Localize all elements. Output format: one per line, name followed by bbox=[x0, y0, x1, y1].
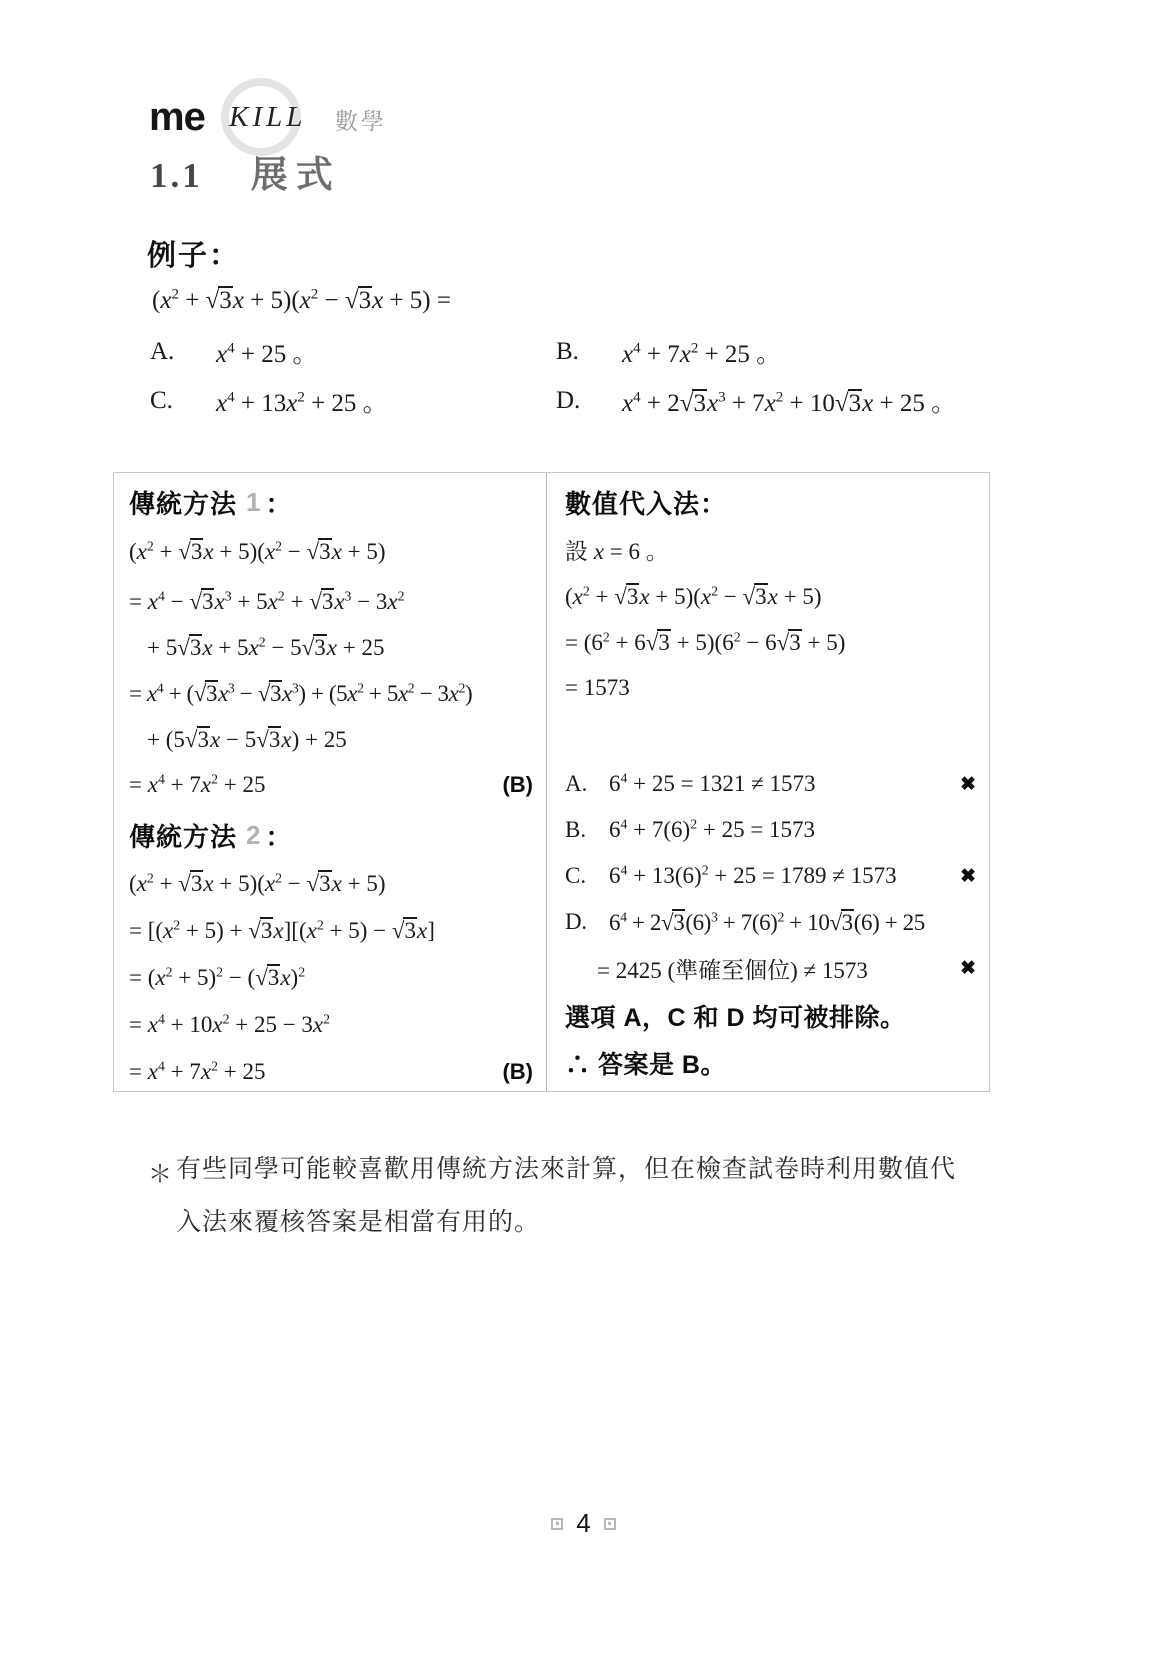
method1-colon: ： bbox=[265, 484, 292, 521]
math-line: + 5√3x + 5x2 − 5√3x + 25 bbox=[129, 626, 533, 668]
page-footer: 4 bbox=[0, 1508, 1167, 1539]
cross-icon: ✖ bbox=[954, 773, 976, 796]
traditional-method-column: 傳統方法 1 ： (x2 + √3x + 5)(x2 − √3x + 5) = … bbox=[114, 473, 546, 1091]
check-option-d: D. 64 + 2√3(6)3 + 7(6)2 + 10√3(6) + 25 bbox=[565, 899, 976, 945]
textbook-page: me KILL 數學 1.1 展式 例子： (x2 + √3x + 5)(x2 … bbox=[0, 0, 1167, 1653]
square-ornament-icon bbox=[551, 1518, 563, 1530]
footnote-text: 有些同學可能較喜歡用傳統方法來計算，但在檢查試卷時利用數值代 入法來覆核答案是相… bbox=[176, 1140, 998, 1246]
check-option-d-result: = 2425 (準確至個位) ≠ 1573 ✖ bbox=[565, 945, 976, 992]
substitution-method-column: 數值代入法： 設 x = 6 。 (x2 + √3x + 5)(x2 − √3x… bbox=[546, 473, 989, 1091]
brand-me-text: me bbox=[149, 95, 205, 140]
option-b-expression: x4 + 7x2 + 25 。 bbox=[622, 334, 1010, 370]
math-line: (x2 + √3x + 5)(x2 − √3x + 5) bbox=[129, 526, 533, 576]
method2-heading: 傳統方法 2 ： bbox=[129, 810, 533, 860]
option-a-label: A. bbox=[150, 338, 216, 366]
option-b-label: B. bbox=[556, 338, 622, 366]
conclusion-line: 選項 A，C 和 D 均可被排除。 bbox=[565, 992, 976, 1039]
option-c-expression: x4 + 13x2 + 25 。 bbox=[216, 383, 556, 419]
page-number: 4 bbox=[576, 1508, 590, 1539]
section-heading: 1.1 展式 bbox=[150, 144, 341, 198]
asterisk-icon: ＊ bbox=[148, 1140, 176, 1246]
math-line: + (5√3x − 5√3x) + 25 bbox=[129, 718, 533, 760]
answer-tag: (B) bbox=[502, 772, 533, 798]
check-option-b: B. 64 + 7(6)2 + 25 = 1573 bbox=[565, 807, 976, 853]
section-title: 展式 bbox=[251, 144, 341, 198]
method1-heading: 傳統方法 1 ： bbox=[129, 478, 533, 526]
math-line: = x4 + (√3x3 − √3x3) + (5x2 + 5x2 − 3x2) bbox=[129, 668, 533, 718]
spacer bbox=[565, 711, 976, 761]
math-line: = [(x2 + 5) + √3x][(x2 + 5) − √3x] bbox=[129, 907, 533, 954]
example-label: 例子： bbox=[147, 233, 240, 274]
answer-tag: (B) bbox=[502, 1059, 533, 1085]
footnote-line: 入法來覆核答案是相當有用的。 bbox=[176, 1193, 998, 1246]
check-option-a: A. 64 + 25 = 1321 ≠ 1573 ✖ bbox=[565, 761, 976, 807]
method1-name: 傳統方法 bbox=[129, 484, 237, 521]
math-line: = (x2 + 5)2 − (√3x)2 bbox=[129, 954, 533, 1001]
math-line: = x4 − √3x3 + 5x2 + √3x3 − 3x2 bbox=[129, 576, 533, 626]
option-c-label: C. bbox=[150, 387, 216, 415]
math-line: = x4 + 10x2 + 25 − 3x2 bbox=[129, 1001, 533, 1048]
footnote-line: 有些同學可能較喜歡用傳統方法來計算，但在檢查試卷時利用數值代 bbox=[176, 1140, 998, 1193]
method1-number: 1 bbox=[246, 487, 260, 518]
method2-name: 傳統方法 bbox=[129, 817, 237, 854]
footnote: ＊ 有些同學可能較喜歡用傳統方法來計算，但在檢查試卷時利用數值代 入法來覆核答案… bbox=[148, 1140, 998, 1246]
math-line-result: = x4 + 7x2 + 25 (B) bbox=[129, 760, 533, 810]
answer-options: A. x4 + 25 。 B. x4 + 7x2 + 25 。 C. x4 + … bbox=[150, 334, 1010, 419]
option-d-label: D. bbox=[556, 387, 622, 415]
math-line: (x2 + √3x + 5)(x2 − √3x + 5) bbox=[565, 573, 976, 619]
brand-subject-label: 數學 bbox=[335, 99, 387, 136]
setup-line: 設 x = 6 。 bbox=[565, 526, 976, 573]
answer-line: ∴ 答案是 B。 bbox=[565, 1039, 976, 1086]
square-ornament-icon bbox=[604, 1518, 616, 1530]
method2-number: 2 bbox=[246, 820, 260, 851]
brand-kill-text: KILL bbox=[229, 101, 306, 134]
math-line: (x2 + √3x + 5)(x2 − √3x + 5) bbox=[129, 860, 533, 907]
cross-icon: ✖ bbox=[954, 865, 976, 888]
substitution-heading: 數值代入法： bbox=[565, 478, 976, 526]
option-d-expression: x4 + 2√3x3 + 7x2 + 10√3x + 25 。 bbox=[622, 383, 1010, 419]
cross-icon: ✖ bbox=[954, 957, 976, 980]
question-expression: (x2 + √3x + 5)(x2 − √3x + 5) = bbox=[152, 286, 451, 315]
math-line: = (62 + 6√3 + 5)(62 − 6√3 + 5) bbox=[565, 619, 976, 665]
check-option-c: C. 64 + 13(6)2 + 25 = 1789 ≠ 1573 ✖ bbox=[565, 853, 976, 899]
method2-colon: ： bbox=[265, 817, 292, 854]
solution-box: 傳統方法 1 ： (x2 + √3x + 5)(x2 − √3x + 5) = … bbox=[113, 472, 990, 1092]
math-line-result: = x4 + 7x2 + 25 (B) bbox=[129, 1048, 533, 1095]
option-a-expression: x4 + 25 。 bbox=[216, 334, 556, 370]
section-number: 1.1 bbox=[150, 156, 203, 196]
math-line: = 1573 bbox=[565, 665, 976, 711]
